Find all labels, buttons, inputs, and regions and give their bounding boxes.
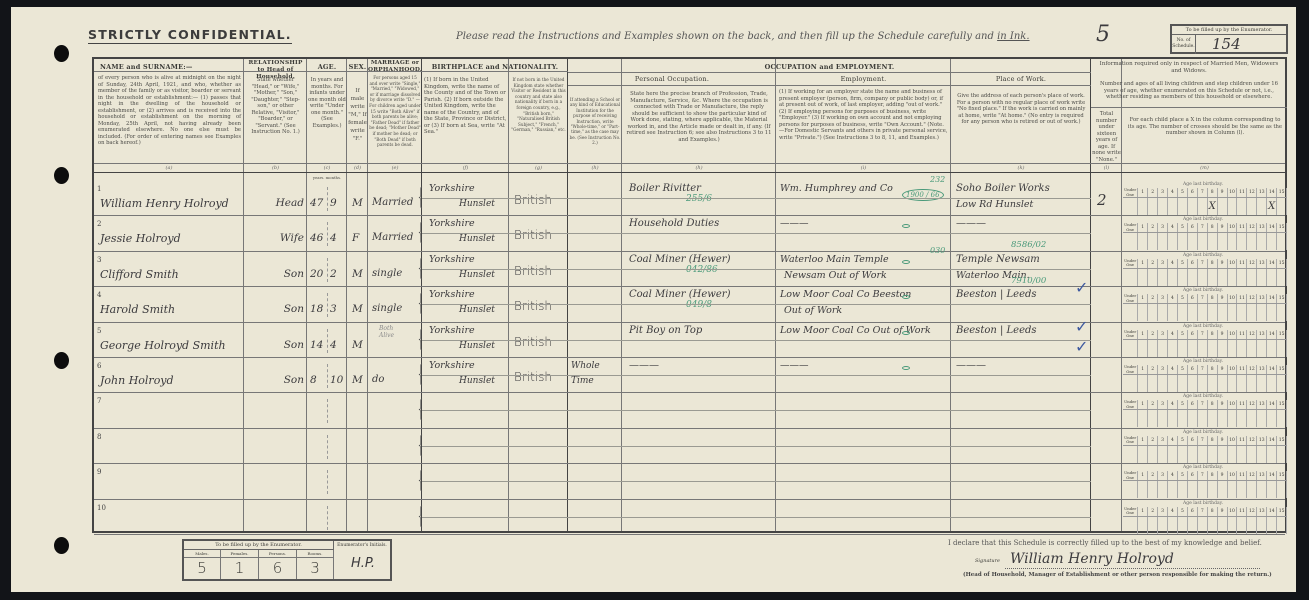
- sex-cell: M: [352, 197, 363, 209]
- age-mark-cell: [1228, 481, 1238, 498]
- column-letter: (g): [509, 165, 568, 171]
- nationality-cell: British: [514, 264, 552, 278]
- place-of-work-code: 8586/02: [1011, 240, 1046, 250]
- age-number: 11: [1237, 436, 1247, 445]
- age-number: 15: [1277, 294, 1287, 303]
- header-place-of-work-instructions: Give the address of each person's place …: [954, 93, 1088, 126]
- age-number: 2: [1148, 365, 1158, 374]
- row-midline: [622, 517, 776, 518]
- age-mark-cell: [1178, 375, 1188, 392]
- employer-cell: Waterloo Main Temple: [780, 254, 889, 265]
- age-mark-cell: [1178, 340, 1188, 357]
- enumerator-box-header: To be filled up by the Enumerator.: [184, 541, 334, 550]
- age-number: 9: [1218, 436, 1228, 445]
- age-number: 9: [1218, 259, 1228, 268]
- age-grid-header: Under One123456789101112131415: [1123, 507, 1287, 517]
- row-midline: [951, 198, 1091, 199]
- age-number: 15: [1277, 223, 1287, 232]
- age-mark-cell: [1178, 304, 1188, 321]
- sex-cell: M: [352, 303, 363, 315]
- row-midline: [776, 198, 951, 199]
- age-mark-cell: [1178, 517, 1188, 534]
- employer-cell-line2: Out of Work: [784, 305, 842, 316]
- age-number: 12: [1247, 507, 1257, 516]
- age-number: 10: [1228, 294, 1238, 303]
- age-mark-cell: [1158, 269, 1168, 286]
- table-row: 5George Holroyd SmithSon144MBoth AliveYo…: [94, 323, 1285, 358]
- age-mark-cell: [1208, 517, 1218, 534]
- row-midline: [776, 340, 951, 341]
- row-midline: [622, 198, 776, 199]
- age-grid-label: Age last birthday.: [1183, 324, 1223, 329]
- age-under-one: Under One: [1123, 223, 1138, 232]
- age-mark-cell: [1218, 517, 1228, 534]
- birth-county-cell: Yorkshire: [429, 254, 475, 265]
- age-mark-cell: [1138, 340, 1148, 357]
- marriage-cell: do: [372, 374, 384, 385]
- age-grid-marks: [1123, 410, 1287, 427]
- age-number: 2: [1148, 471, 1158, 480]
- age-number: 12: [1247, 471, 1257, 480]
- age-number: 8: [1208, 400, 1218, 409]
- occupation-cell: Household Duties: [629, 218, 719, 229]
- age-mark-cell: [1198, 481, 1208, 498]
- occupation-code: 255/6: [686, 194, 712, 204]
- place-of-work-cell: Beeston | Leeds: [956, 325, 1037, 336]
- age-mark-cell: [1237, 375, 1247, 392]
- age-mark-cell: [1168, 269, 1178, 286]
- age-mark-cell: [1178, 198, 1188, 215]
- initials-header: Enumerator's Initials.: [334, 541, 390, 550]
- children-age-grid: Age last birthday.Under One1234567891011…: [1123, 323, 1287, 358]
- age-under-one: Under One: [1123, 471, 1138, 480]
- age-mark-cell: [1138, 410, 1148, 427]
- header-marriage-instructions: For persons aged 15 and over write "Sing…: [369, 75, 421, 148]
- age-number: 5: [1178, 259, 1188, 268]
- place-of-work-cell: Temple Newsam: [956, 254, 1040, 265]
- age-divider: [327, 222, 328, 246]
- table-row: 1William Henry HolroydHead479MMarriedYor…: [94, 181, 1285, 216]
- row-midline: [776, 304, 951, 305]
- age-number: 15: [1277, 471, 1287, 480]
- age-number: 4: [1168, 400, 1178, 409]
- table-row: 6John HolroydSon810MdoYorkshireHunsletBr…: [94, 358, 1285, 393]
- age-mark-cell: [1247, 410, 1257, 427]
- age-mark-cell: [1123, 410, 1138, 427]
- table-row: 10{Age last birthday.Under One1234567891…: [94, 500, 1285, 535]
- age-number: 2: [1148, 507, 1158, 516]
- row-number: 4: [97, 291, 101, 299]
- row-number: 7: [97, 397, 101, 405]
- age-mark-cell: [1123, 517, 1138, 534]
- punch-hole: [54, 167, 69, 184]
- age-mark-cell: [1237, 304, 1247, 321]
- age-mark-cell: [1277, 198, 1287, 215]
- age-number: 12: [1247, 223, 1257, 232]
- age-mark-cell: [1188, 446, 1198, 463]
- row-midline: [422, 198, 568, 199]
- age-mark-cell: [1247, 481, 1257, 498]
- age-mark-cell: [1208, 233, 1218, 250]
- age-number: 10: [1228, 365, 1238, 374]
- age-mark-cell: [1277, 481, 1287, 498]
- age-grid-label: Age last birthday.: [1183, 288, 1223, 293]
- nationality-cell: British: [514, 193, 552, 207]
- age-grid-marks: [1123, 233, 1287, 250]
- age-number: 10: [1228, 188, 1238, 197]
- row-midline: [568, 340, 622, 341]
- header-birthplace: BIRTHPLACE and NATIONALITY.: [422, 63, 568, 71]
- age-number: 6: [1188, 259, 1198, 268]
- age-mark-cell: [1257, 410, 1267, 427]
- age-mark-cell: [1148, 517, 1158, 534]
- age-grid-label: Age last birthday.: [1183, 182, 1223, 187]
- header-sex: SEX.: [347, 63, 368, 71]
- birth-county-cell: Yorkshire: [429, 325, 475, 336]
- age-mark-cell: [1237, 233, 1247, 250]
- header-rule: [94, 71, 568, 72]
- age-mark-cell: [1168, 304, 1178, 321]
- age-mark-cell: [1188, 481, 1198, 498]
- age-mark-cell: [1138, 446, 1148, 463]
- sex-cell: F: [352, 232, 359, 244]
- age-mark-cell: [1218, 198, 1228, 215]
- age-number: 5: [1178, 294, 1188, 303]
- age-mark-cell: [1198, 304, 1208, 321]
- age-mark-cell: [1218, 446, 1228, 463]
- age-mark-cell: [1148, 446, 1158, 463]
- age-number: 7: [1198, 294, 1208, 303]
- age-grid-marks: XX: [1123, 198, 1287, 215]
- age-number: 1: [1138, 365, 1148, 374]
- checkmark-icon: ✓: [1075, 278, 1088, 297]
- header-employment: Employment.: [776, 75, 951, 83]
- age-mark-cell: [1208, 304, 1218, 321]
- age-number: 14: [1267, 330, 1277, 339]
- females-label: Females.: [221, 550, 259, 558]
- age-number: 12: [1247, 400, 1257, 409]
- age-number: 1: [1138, 330, 1148, 339]
- age-number: 8: [1208, 365, 1218, 374]
- age-grid-label: Age last birthday.: [1183, 501, 1223, 506]
- age-mark-cell: [1237, 517, 1247, 534]
- age-grid-marks: [1123, 304, 1287, 321]
- age-mark-cell: [1257, 269, 1267, 286]
- age-mark-cell: [1257, 517, 1267, 534]
- table-row: 9{Age last birthday.Under One12345678910…: [94, 464, 1285, 499]
- age-number: 6: [1188, 400, 1198, 409]
- row-midline: [622, 304, 776, 305]
- age-mark-cell: [1228, 233, 1238, 250]
- age-mark-cell: [1237, 446, 1247, 463]
- age-mark-cell: [1277, 410, 1287, 427]
- age-grid-header: Under One123456789101112131415: [1123, 365, 1287, 375]
- age-number: 3: [1158, 400, 1168, 409]
- row-midline: [776, 233, 951, 234]
- age-mark-cell: [1178, 481, 1188, 498]
- age-mark-cell: [1208, 375, 1218, 392]
- age-mark-cell: [1267, 517, 1277, 534]
- age-number: 11: [1237, 223, 1247, 232]
- age-mark-cell: [1198, 198, 1208, 215]
- row-midline: [776, 375, 951, 376]
- age-mark-cell: [1277, 517, 1287, 534]
- row-midline: [776, 481, 951, 482]
- occupation-cell: Pit Boy on Top: [629, 325, 702, 336]
- age-years-cell: 8: [310, 374, 317, 386]
- children-age-grid: Age last birthday.Under One1234567891011…: [1123, 252, 1287, 287]
- age-number: 5: [1178, 188, 1188, 197]
- age-number: 7: [1198, 259, 1208, 268]
- age-grid-label: Age last birthday.: [1183, 253, 1223, 258]
- row-midline: [951, 233, 1091, 234]
- brace-icon: {: [417, 217, 425, 247]
- name-cell: George Holroyd Smith: [100, 339, 226, 352]
- age-mark-cell: [1228, 375, 1238, 392]
- row-midline: [422, 481, 568, 482]
- header-name-instructions: of every person who is alive at midnight…: [98, 75, 241, 147]
- age-number: 5: [1178, 471, 1188, 480]
- age-mark-cell: [1247, 269, 1257, 286]
- age-mark-cell: [1188, 304, 1198, 321]
- header-place-of-work: Place of Work.: [951, 75, 1091, 83]
- children-age-grid: Age last birthday.Under One1234567891011…: [1123, 181, 1287, 216]
- females-count: 1: [221, 558, 259, 579]
- age-mark-cell: [1138, 198, 1148, 215]
- row-midline: [568, 269, 622, 270]
- age-mark-cell: [1247, 233, 1257, 250]
- age-mark-cell: [1168, 340, 1178, 357]
- place-of-work-cell: ———: [956, 218, 986, 229]
- age-number: 3: [1158, 188, 1168, 197]
- age-number: 11: [1237, 365, 1247, 374]
- age-number: 4: [1168, 365, 1178, 374]
- age-mark-cell: [1228, 340, 1238, 357]
- age-grid-marks: [1123, 517, 1287, 534]
- relationship-cell: Son: [249, 374, 304, 386]
- employer-cell: Wm. Humphrey and Co: [780, 183, 893, 194]
- age-mark-cell: [1277, 269, 1287, 286]
- row-midline: [622, 375, 776, 376]
- age-number: 15: [1277, 259, 1287, 268]
- age-divider: [327, 435, 328, 459]
- age-mark-cell: [1257, 375, 1267, 392]
- sex-cell: M: [352, 339, 363, 351]
- row-midline: [422, 375, 568, 376]
- age-number: 15: [1277, 436, 1287, 445]
- place-of-work-cell-line2: Low Rd Hunslet: [956, 199, 1033, 210]
- age-number: 8: [1208, 436, 1218, 445]
- age-mark-cell: X: [1208, 198, 1218, 215]
- age-number: 3: [1158, 330, 1168, 339]
- age-years-cell: 14: [310, 339, 323, 351]
- children-total-cell: 2: [1097, 191, 1107, 209]
- age-number: 7: [1198, 188, 1208, 197]
- age-mark-cell: [1123, 340, 1138, 357]
- age-mark-cell: [1123, 233, 1138, 250]
- age-mark-cell: [1168, 481, 1178, 498]
- document-heading: STRICTLY CONFIDENTIAL.: [88, 27, 292, 44]
- row-midline: [568, 198, 622, 199]
- declaration-text: I declare that this Schedule is correctl…: [948, 539, 1262, 547]
- age-number: 13: [1257, 436, 1267, 445]
- column-letter: (e): [368, 165, 422, 171]
- age-number: 4: [1168, 471, 1178, 480]
- age-mark-cell: [1228, 198, 1238, 215]
- age-number: 14: [1267, 223, 1277, 232]
- age-number: 6: [1188, 471, 1198, 480]
- marriage-note-cell: Both Alive: [379, 325, 403, 339]
- age-mark-cell: [1178, 269, 1188, 286]
- age-number: 3: [1158, 471, 1168, 480]
- age-mark-cell: [1267, 481, 1277, 498]
- row-midline: [951, 269, 1091, 270]
- age-mark-cell: [1208, 410, 1218, 427]
- age-number: 2: [1148, 223, 1158, 232]
- age-grid-header: Under One123456789101112131415: [1123, 330, 1287, 340]
- age-number: 13: [1257, 259, 1267, 268]
- age-number: 11: [1237, 471, 1247, 480]
- age-grid-header: Under One123456789101112131415: [1123, 471, 1287, 481]
- children-age-grid: Age last birthday.Under One1234567891011…: [1123, 500, 1287, 535]
- employer-circled-code: [902, 260, 910, 264]
- age-under-one: Under One: [1123, 400, 1138, 409]
- age-number: 9: [1218, 471, 1228, 480]
- row-number: 3: [97, 256, 101, 264]
- age-mark-cell: [1257, 340, 1267, 357]
- age-under-one: Under One: [1123, 365, 1138, 374]
- employer-cell-line2: Newsam Out of Work: [784, 270, 887, 281]
- table-row: 4Harold SmithSon183MsingleYorkshireHunsl…: [94, 287, 1285, 322]
- age-mark-cell: [1237, 410, 1247, 427]
- header-married-info: Information required only in respect of …: [1094, 61, 1284, 74]
- age-divider: [327, 187, 328, 211]
- column-letter: (l): [1091, 165, 1122, 171]
- age-grid-marks: [1123, 340, 1287, 357]
- row-midline: [951, 446, 1091, 447]
- punch-hole: [54, 537, 69, 554]
- age-number: 10: [1228, 400, 1238, 409]
- age-mark-cell: [1178, 446, 1188, 463]
- age-number: 15: [1277, 188, 1287, 197]
- birth-town-cell: Hunslet: [459, 376, 495, 386]
- age-number: 14: [1267, 365, 1277, 374]
- age-number: 1: [1138, 400, 1148, 409]
- rooms-count: 3: [297, 558, 334, 579]
- age-mark-cell: [1208, 340, 1218, 357]
- age-number: 6: [1188, 365, 1198, 374]
- census-table: NAME and SURNAME:— RELATIONSHIP to Head …: [92, 57, 1287, 533]
- age-mark-cell: [1277, 375, 1287, 392]
- nationality-cell: British: [514, 228, 552, 242]
- age-mark-cell: [1148, 410, 1158, 427]
- age-mark-cell: [1138, 481, 1148, 498]
- age-number: 14: [1267, 471, 1277, 480]
- column-letter: (f): [422, 165, 509, 171]
- signature-label: Signature: [975, 558, 1000, 564]
- age-number: 8: [1208, 294, 1218, 303]
- row-midline: [776, 517, 951, 518]
- row-midline: [568, 517, 622, 518]
- brace-icon: {: [417, 324, 425, 354]
- age-number: 6: [1188, 294, 1198, 303]
- age-under-one: Under One: [1123, 259, 1138, 268]
- age-divider: [327, 470, 328, 494]
- age-number: 14: [1267, 436, 1277, 445]
- males-count: 5: [184, 558, 221, 579]
- name-cell: Jessie Holroyd: [100, 232, 181, 245]
- nationality-cell: British: [514, 335, 552, 349]
- age-number: 2: [1148, 436, 1158, 445]
- age-number: 10: [1228, 330, 1238, 339]
- row-midline: [568, 481, 622, 482]
- employer-cell: Low Moor Coal Co Beeston: [780, 289, 911, 300]
- header-crosses-instructions: For each child place a X in the column c…: [1126, 117, 1284, 137]
- age-number: 6: [1188, 223, 1198, 232]
- age-mark-cell: [1218, 304, 1228, 321]
- row-midline: [568, 375, 622, 376]
- age-number: 5: [1178, 330, 1188, 339]
- age-mark-cell: [1168, 198, 1178, 215]
- age-number: 5: [1178, 507, 1188, 516]
- age-mark-cell: [1158, 340, 1168, 357]
- age-mark-cell: [1138, 269, 1148, 286]
- children-age-grid: Age last birthday.Under One1234567891011…: [1123, 393, 1287, 428]
- age-mark-cell: [1158, 198, 1168, 215]
- age-mark-cell: [1247, 446, 1257, 463]
- age-mark-cell: [1198, 410, 1208, 427]
- age-number: 15: [1277, 507, 1287, 516]
- age-years-cell: 20: [310, 268, 323, 280]
- age-mark-cell: [1198, 517, 1208, 534]
- row-midline: [951, 304, 1091, 305]
- age-divider: [327, 258, 328, 282]
- occupation-cell: Coal Miner (Hewer): [629, 289, 730, 300]
- column-letter: (c): [307, 165, 347, 171]
- age-number: 11: [1237, 507, 1247, 516]
- age-number: 2: [1148, 330, 1158, 339]
- age-under-one: Under One: [1123, 436, 1138, 445]
- age-mark-cell: [1237, 269, 1247, 286]
- age-mark-cell: [1168, 517, 1178, 534]
- marriage-cell: single: [372, 268, 402, 279]
- age-grid-label: Age last birthday.: [1183, 465, 1223, 470]
- row-midline: [422, 304, 568, 305]
- age-mark-cell: [1267, 340, 1277, 357]
- age-mark-cell: [1277, 304, 1287, 321]
- age-number: 15: [1277, 330, 1287, 339]
- age-number: 12: [1247, 330, 1257, 339]
- age-grid-label: Age last birthday.: [1183, 394, 1223, 399]
- age-mark-cell: [1138, 375, 1148, 392]
- age-number: 9: [1218, 365, 1228, 374]
- age-mark-cell: [1158, 446, 1168, 463]
- age-number: 13: [1257, 365, 1267, 374]
- age-years-cell: 18: [310, 303, 323, 315]
- age-mark-cell: [1158, 304, 1168, 321]
- relationship-cell: Son: [249, 339, 304, 351]
- age-mark-cell: [1218, 269, 1228, 286]
- row-number: 10: [97, 504, 106, 512]
- employer-circled-code: [902, 331, 910, 335]
- instruction-line: Please read the Instructions and Example…: [456, 31, 1030, 42]
- row-midline: [951, 340, 1091, 341]
- age-mark-cell: [1168, 446, 1178, 463]
- age-mark-cell: [1277, 340, 1287, 357]
- row-midline: [568, 304, 622, 305]
- age-mark-cell: [1148, 375, 1158, 392]
- age-number: 4: [1168, 507, 1178, 516]
